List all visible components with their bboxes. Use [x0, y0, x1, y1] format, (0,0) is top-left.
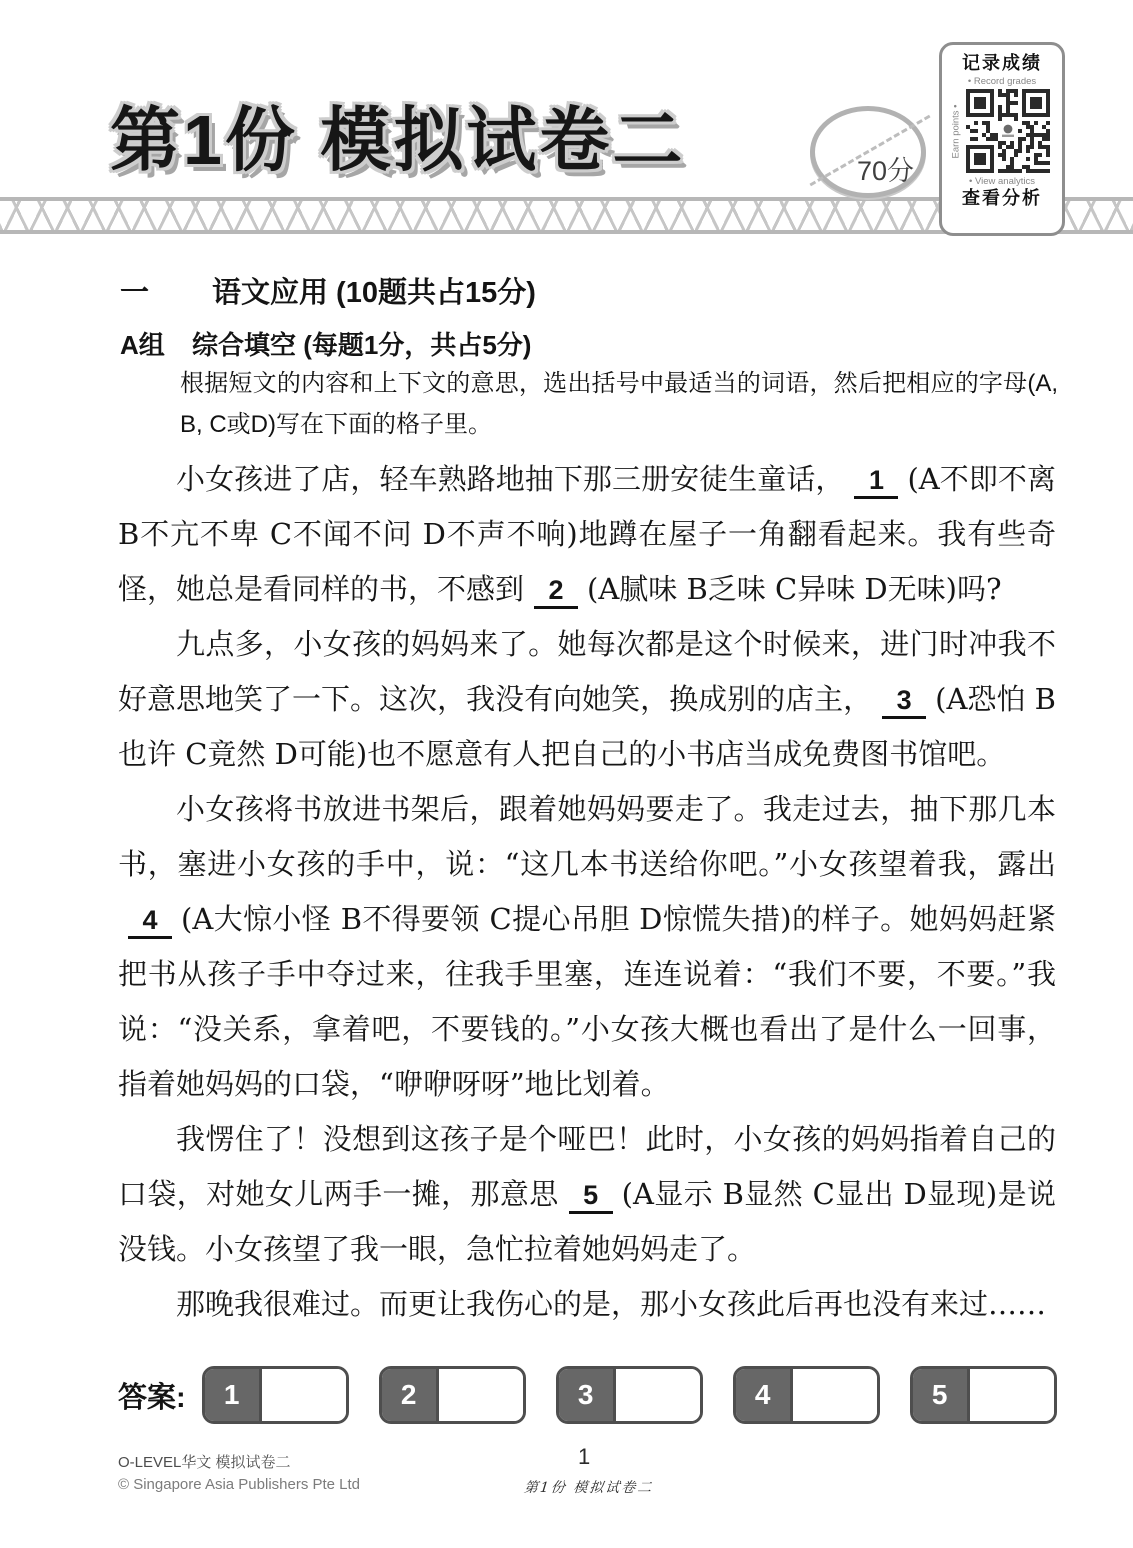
footer-copyright: © Singapore Asia Publishers Pte Ltd: [118, 1474, 360, 1496]
footer-left: O-LEVEL华文 模拟试卷二 © Singapore Asia Publish…: [118, 1452, 360, 1496]
answer-box-cell[interactable]: [793, 1369, 877, 1421]
answer-boxes: 12345: [202, 1366, 1057, 1424]
instructions-text: 根据短文的内容和上下文的意思，选出括号中最适当的词语，然后把相应的字母(A, B…: [180, 363, 1058, 445]
blank-number: 2: [534, 575, 578, 609]
earn-points-label: Earn points: [951, 89, 962, 173]
answer-section: 答案: 12345: [118, 1366, 1057, 1424]
blank-number: 4: [128, 905, 172, 939]
qr-code: [966, 89, 1050, 173]
section-title: 语文应用 (10题共占15分): [212, 270, 536, 311]
answer-box-cell[interactable]: [970, 1369, 1054, 1421]
answer-box: 4: [733, 1366, 880, 1424]
answer-box: 3: [556, 1366, 703, 1424]
group-title: 综合填空 (每题1分，共占5分): [192, 325, 531, 362]
blank-number: 3: [882, 685, 926, 719]
section-heading: 一 语文应用 (10题共占15分): [120, 270, 536, 311]
answer-box-cell[interactable]: [439, 1369, 523, 1421]
section-number: 一: [120, 270, 212, 311]
group-label: A组: [120, 325, 192, 362]
record-grades-label: Record grades: [968, 76, 1036, 87]
passage: 小女孩进了店，轻车熟路地抽下那三册安徒生童话，1(A不即不离 B不亢不卑 C不闻…: [118, 452, 1056, 1332]
answer-box: 1: [202, 1366, 349, 1424]
answer-box-cell[interactable]: [262, 1369, 346, 1421]
passage-paragraph: 那晚我很难过。而更让我伤心的是，那小女孩此后再也没有来过……: [118, 1277, 1056, 1332]
answer-box-number: 5: [913, 1369, 970, 1421]
passage-paragraph: 小女孩将书放进书架后，跟着她妈妈要走了。我走过去，抽下那几本书，塞进小女孩的手中…: [118, 782, 1056, 1112]
blank-number: 1: [854, 465, 898, 499]
exam-paper-page: 第1份 模拟试卷二 70分 记录成绩 Record grades Earn po…: [0, 0, 1133, 1548]
group-heading: A组 综合填空 (每题1分，共占5分): [120, 325, 531, 362]
view-analytics-label: View analytics: [969, 176, 1035, 187]
score-badge-label: 70分: [857, 149, 914, 188]
answer-box-number: 3: [559, 1369, 616, 1421]
score-badge: 70分: [810, 106, 926, 198]
passage-paragraph: 小女孩进了店，轻车熟路地抽下那三册安徒生童话，1(A不即不离 B不亢不卑 C不闻…: [118, 452, 1056, 617]
blank-number: 5: [569, 1180, 613, 1214]
answer-box: 5: [910, 1366, 1057, 1424]
qr-panel: 记录成绩 Record grades Earn points View anal…: [939, 42, 1065, 236]
footer-script-title: 第1份 模拟试卷二: [523, 1477, 654, 1497]
answer-section-label: 答案:: [118, 1375, 186, 1416]
answer-box-number: 4: [736, 1369, 793, 1421]
qr-middle: Earn points: [944, 89, 1060, 173]
passage-paragraph: 九点多，小女孩的妈妈来了。她每次都是这个时候来，进门时冲我不好意思地笑了一下。这…: [118, 617, 1056, 782]
page-title: 第1份 模拟试卷二: [110, 84, 685, 185]
answer-box: 2: [379, 1366, 526, 1424]
footer-book-title: O-LEVEL华文 模拟试卷二: [118, 1452, 360, 1474]
qr-panel-title-cn: 记录成绩: [962, 53, 1042, 74]
answer-box-number: 1: [205, 1369, 262, 1421]
answer-box-number: 2: [382, 1369, 439, 1421]
page-number: 1: [578, 1444, 590, 1470]
answer-box-cell[interactable]: [616, 1369, 700, 1421]
passage-paragraph: 我愣住了！没想到这孩子是个哑巴！此时，小女孩的妈妈指着自己的口袋，对她女儿两手一…: [118, 1112, 1056, 1277]
qr-panel-title-cn-bottom: 查看分析: [962, 188, 1042, 209]
